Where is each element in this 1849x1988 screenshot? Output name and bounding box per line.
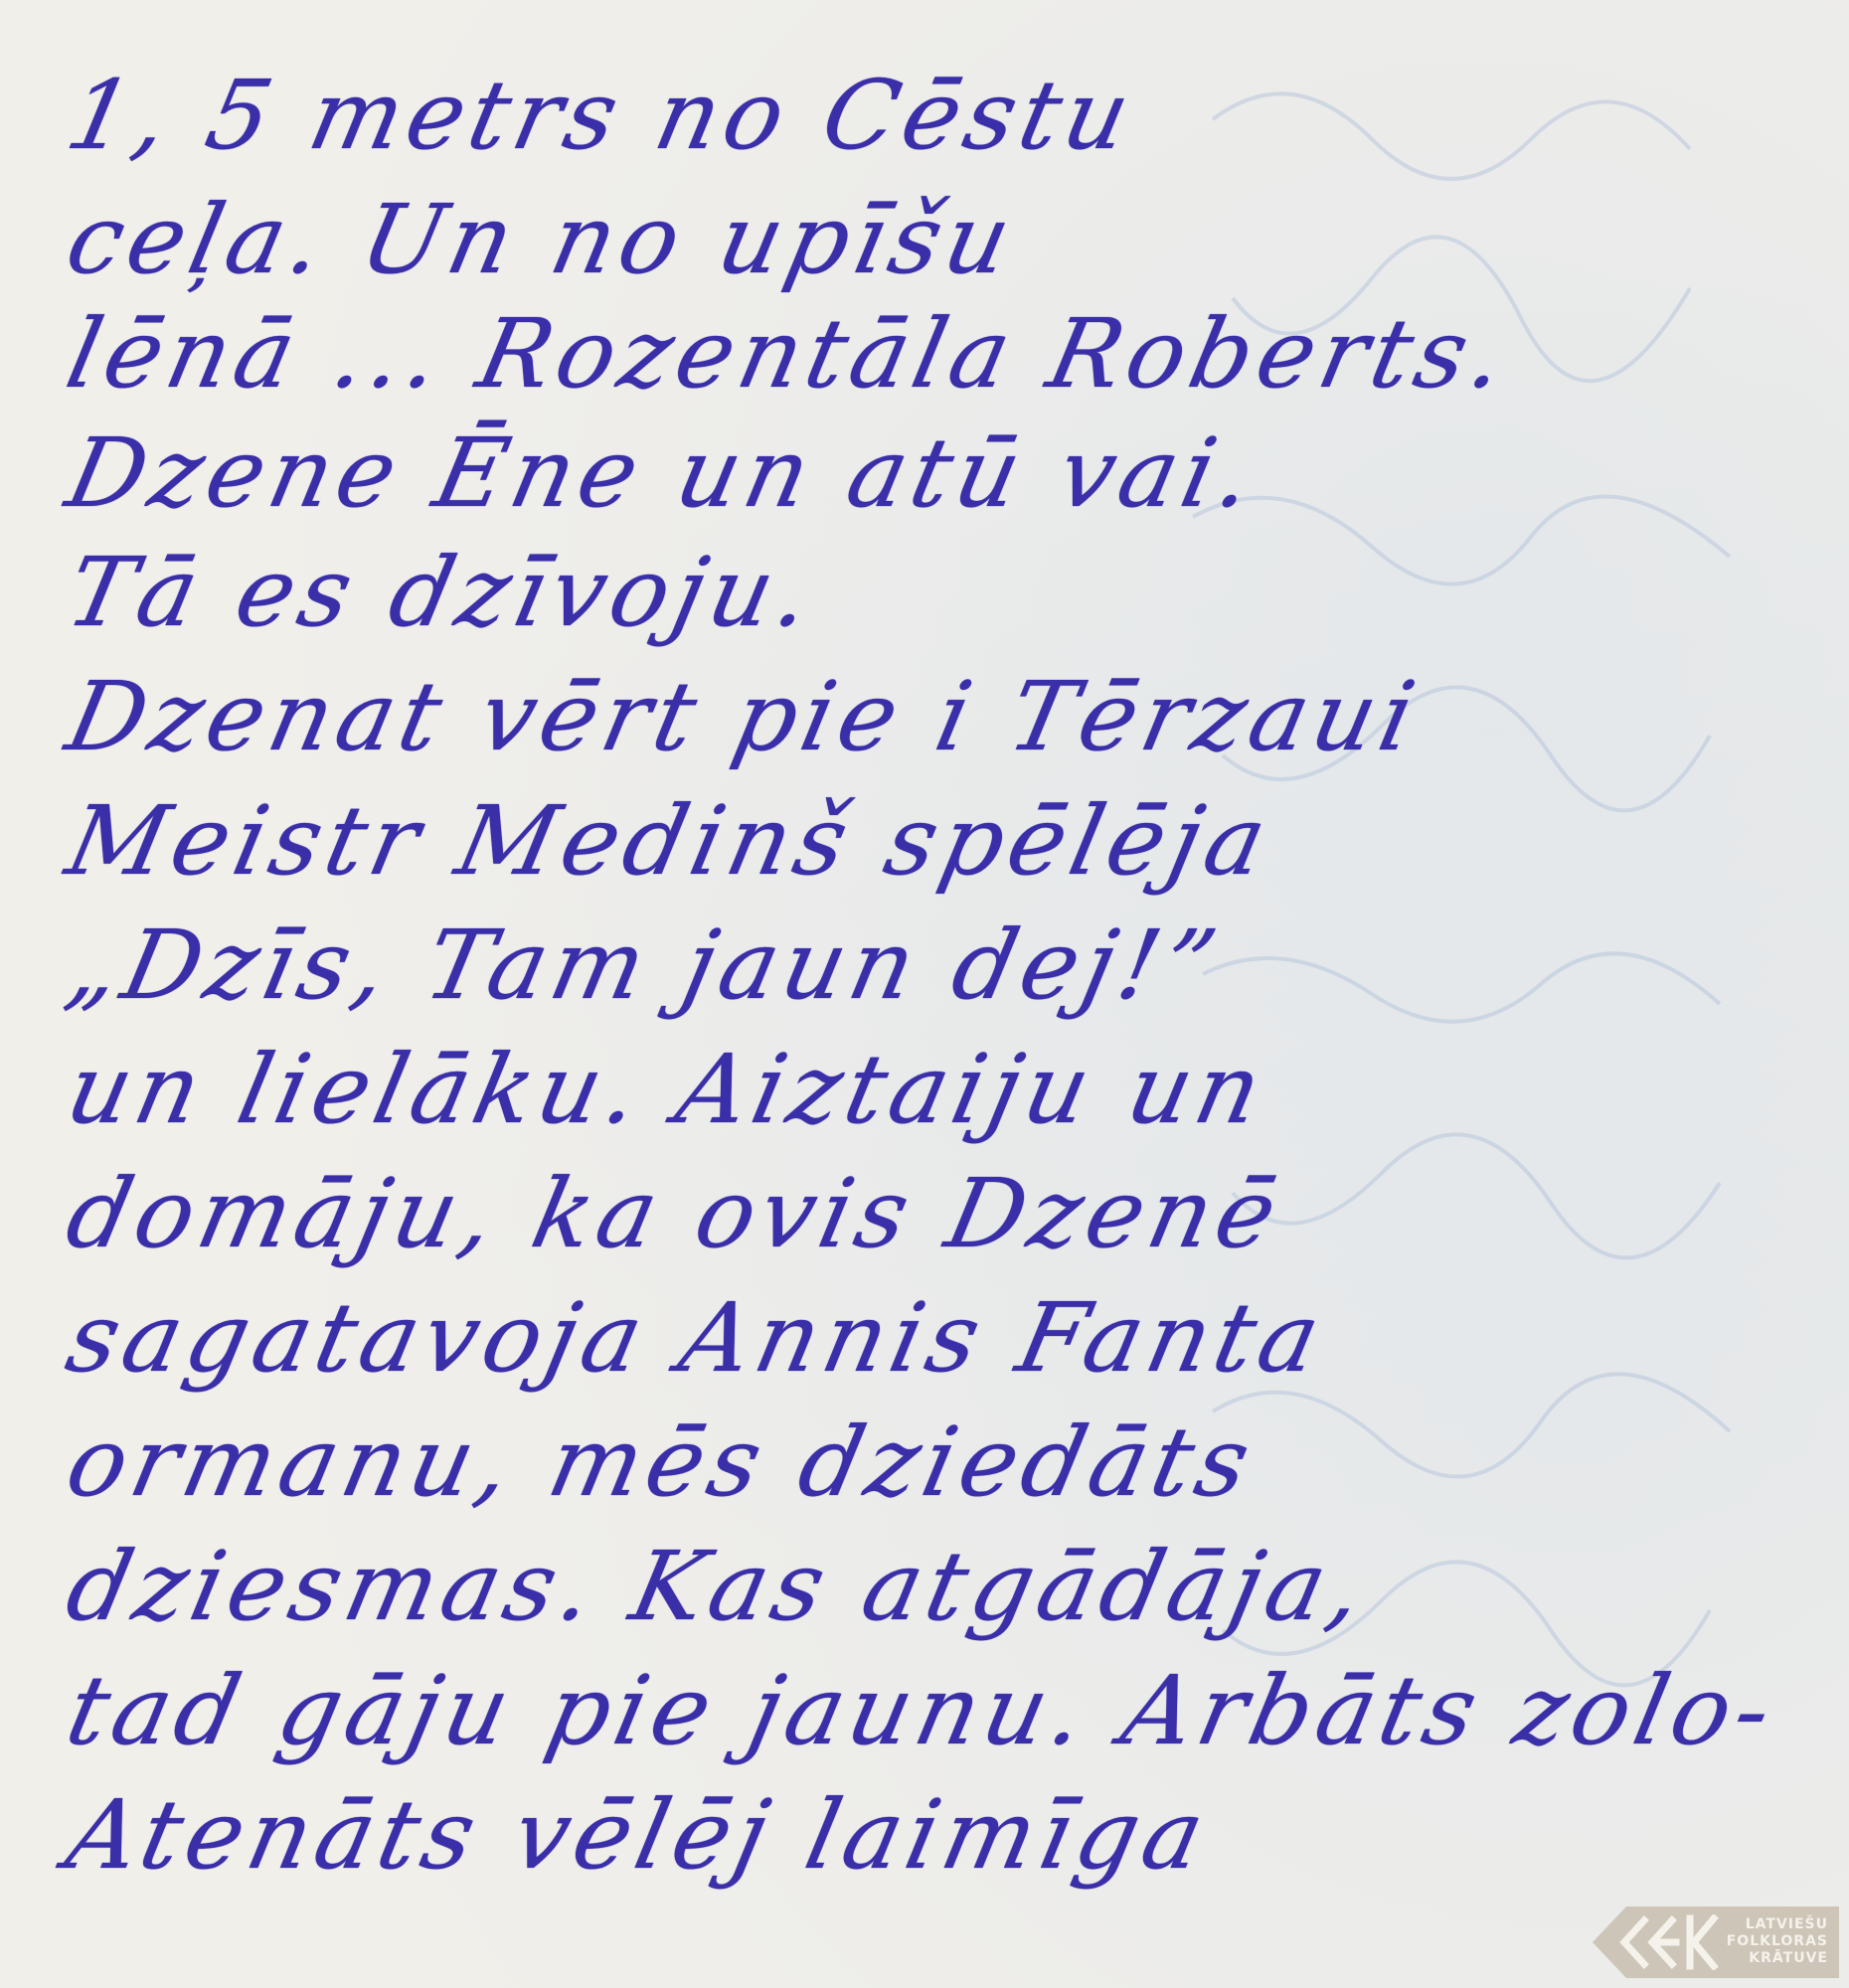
handwritten-line: 1, 5 metrs no Cēstu — [58, 60, 1145, 171]
handwritten-line: ormanu, mēs dziedāts — [58, 1407, 1264, 1518]
handwritten-line: Dzene Ēne un atū vai. — [58, 417, 1268, 529]
handwritten-line: „Dzīs, Tam jaun dej!” — [58, 910, 1231, 1021]
logo-text-line: LATVIEŠU — [1724, 1916, 1828, 1933]
logo-text-line: FOLKLORAS — [1724, 1933, 1828, 1950]
handwritten-line: Tā es dzīvoju. — [58, 537, 826, 648]
handwritten-line: ceļa. Un no upīšu — [58, 184, 1026, 295]
handwritten-line: Meistr Medinš spēlēja — [58, 785, 1281, 897]
handwritten-line: dziesmas. Kas atgādāja, — [58, 1531, 1379, 1642]
lfk-logo: LATVIEŠU FOLKLORAS KRĀTUVE — [1593, 1906, 1849, 1978]
manuscript-page: 1, 5 metrs no Cēstu ceļa. Un no upīšu lē… — [0, 0, 1849, 1988]
handwritten-line: lēnā ... Rozentāla Roberts. — [58, 298, 1520, 410]
handwritten-line: Atenāts vēlēj laimīga — [58, 1779, 1219, 1891]
handwritten-line: sagatavoja Annis Fanta — [58, 1282, 1335, 1394]
logo-text-line: KRĀTUVE — [1724, 1950, 1828, 1967]
handwritten-line: Dzenat vērt pie i Tērzaui — [58, 661, 1429, 772]
handwritten-line: un lielāku. Aiztaiju un — [58, 1034, 1276, 1145]
logo-text: LATVIEŠU FOLKLORAS KRĀTUVE — [1724, 1916, 1828, 1967]
lfk-mark-icon — [1614, 1914, 1724, 1970]
handwritten-line: tad gāju pie jaunu. Arbāts zolo- — [58, 1655, 1786, 1766]
handwritten-line: domāju, ka ovis Dzenē — [58, 1158, 1291, 1269]
